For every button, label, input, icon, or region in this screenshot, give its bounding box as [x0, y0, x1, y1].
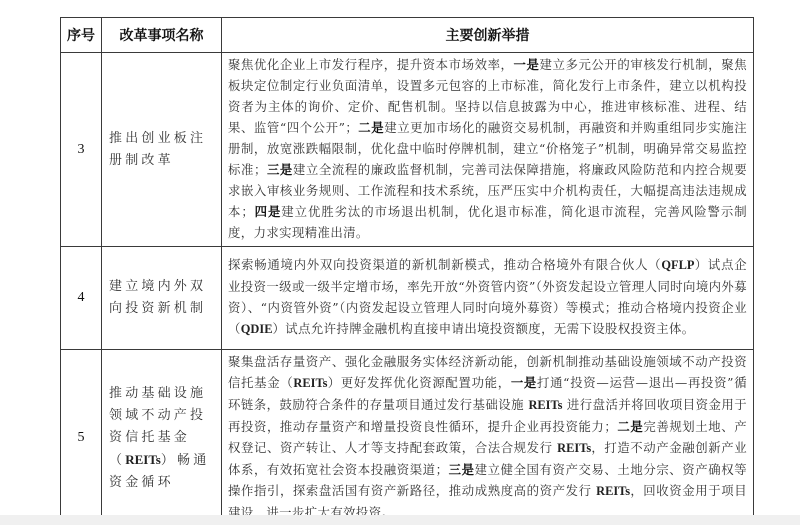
row-reform-name: 建立境内外双向投资新机制 [102, 247, 222, 350]
header-serial-number: 序号 [61, 18, 102, 53]
row-serial-number: 4 [61, 247, 102, 350]
reform-measures-table: 序号 改革事项名称 主要创新举措 3 推出创业板注册制改革 聚焦优化企业上市发行… [60, 17, 754, 525]
row-reform-name: 推动基础设施领域不动产投资信托基金（REITs）畅通资金循环 [102, 350, 222, 525]
row-reform-name: 推出创业板注册制改革 [102, 53, 222, 247]
text-run: 探索畅通境内外双向投资渠道的新机制新模式，推动合格境外有限合伙人（ [228, 257, 661, 272]
text-run: 建立优胜劣汰的市场退出机制，优化退市标准，简化退市流程，完善风险警示制度，力求实… [228, 204, 747, 240]
text-run: ）试点允许持牌金融机构直接申请出境投资额度，无需下设股权投资主体。 [272, 321, 694, 336]
emphasis-marker: 三是 [448, 462, 474, 477]
latin-term: REITs [557, 441, 591, 455]
latin-term: QDIE [241, 322, 273, 336]
emphasis-marker: 一是 [514, 57, 540, 72]
table-row: 5 推动基础设施领域不动产投资信托基金（REITs）畅通资金循环 聚集盘活存量资… [61, 350, 754, 525]
page-bottom-strip [0, 515, 800, 525]
latin-term: REITs [293, 376, 327, 390]
emphasis-marker: 二是 [358, 120, 384, 135]
table-header-row: 序号 改革事项名称 主要创新举措 [61, 18, 754, 53]
row-serial-number: 5 [61, 350, 102, 525]
header-reform-item-name: 改革事项名称 [102, 18, 222, 53]
emphasis-marker: 二是 [617, 419, 643, 434]
emphasis-marker: 一是 [511, 375, 537, 390]
table-row: 3 推出创业板注册制改革 聚焦优化企业上市发行程序，提升资本市场效率，一是建立多… [61, 53, 754, 247]
row-measures-text: 聚集盘活存量资产、强化金融服务实体经济新动能，创新机制推动基础设施领域不动产投资… [222, 350, 754, 525]
row-serial-number: 3 [61, 53, 102, 247]
text-run: ）更好发挥优化资源配置功能， [327, 375, 510, 390]
latin-term: QFLP [661, 258, 694, 272]
emphasis-marker: 三是 [267, 162, 293, 177]
header-main-innovation-measures: 主要创新举措 [222, 18, 754, 53]
row-measures-text: 聚焦优化企业上市发行程序，提升资本市场效率，一是建立多元公开的审核发行机制，聚焦… [222, 53, 754, 247]
row-measures-text: 探索畅通境内外双向投资渠道的新机制新模式，推动合格境外有限合伙人（QFLP）试点… [222, 247, 754, 350]
latin-term: REITs [125, 452, 161, 467]
text-run: 聚焦优化企业上市发行程序，提升资本市场效率， [228, 57, 514, 72]
latin-term: REITs [596, 484, 630, 498]
emphasis-marker: 四是 [254, 204, 281, 219]
table-row: 4 建立境内外双向投资新机制 探索畅通境内外双向投资渠道的新机制新模式，推动合格… [61, 247, 754, 350]
latin-term: REITs [528, 398, 562, 412]
